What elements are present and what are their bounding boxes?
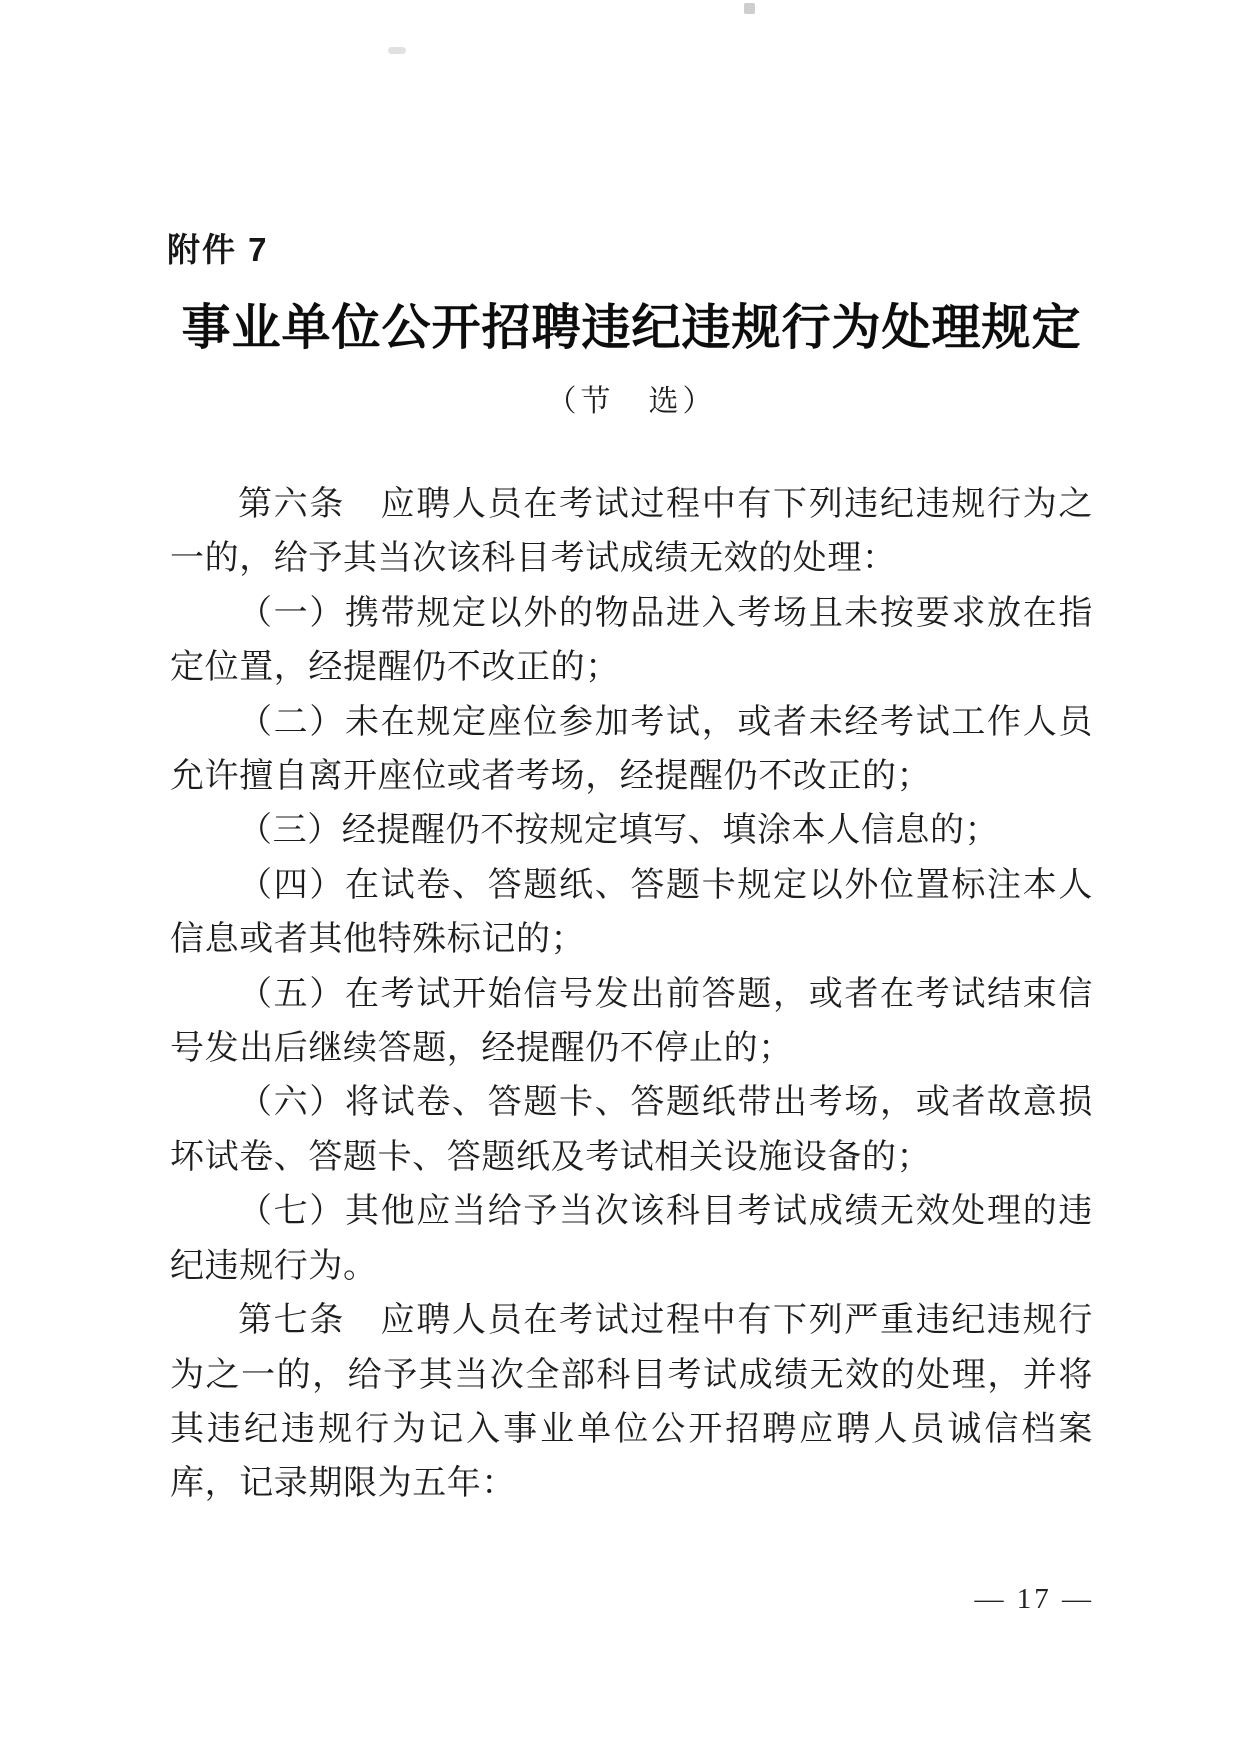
document-page: 附件 7 事业单位公开招聘违纪违规行为处理规定 （节 选） 第六条 应聘人员在考… — [0, 0, 1240, 1754]
paragraph-article-6: 第六条 应聘人员在考试过程中有下列违纪违规行为之一的，给予其当次该科目考试成绩无… — [170, 478, 1093, 587]
paragraph-item-1: （一）携带规定以外的物品进入考场且未按要求放在指定位置，经提醒仍不改正的； — [170, 587, 1093, 696]
scan-artifact — [388, 47, 406, 54]
paragraph-item-5: （五）在考试开始信号发出前答题，或者在考试结束信号发出后继续答题，经提醒仍不停止… — [170, 968, 1093, 1077]
document-title: 事业单位公开招聘违纪违规行为处理规定 — [170, 300, 1093, 356]
paragraph-item-7: （七）其他应当给予当次该科目考试成绩无效处理的违纪违规行为。 — [170, 1185, 1093, 1294]
paragraph-item-6: （六）将试卷、答题卡、答题纸带出考场，或者故意损坏试卷、答题卡、答题纸及考试相关… — [170, 1076, 1093, 1185]
paragraph-item-2: （二）未在规定座位参加考试，或者未经考试工作人员允许擅自离开座位或者考场，经提醒… — [170, 696, 1093, 805]
paragraph-article-7: 第七条 应聘人员在考试过程中有下列严重违纪违规行为之一的，给予其当次全部科目考试… — [170, 1294, 1093, 1512]
document-body: 第六条 应聘人员在考试过程中有下列违纪违规行为之一的，给予其当次该科目考试成绩无… — [170, 478, 1093, 1512]
attachment-label: 附件 7 — [167, 224, 269, 271]
document-subtitle: （节 选） — [170, 376, 1093, 420]
scan-artifact — [744, 3, 755, 14]
paragraph-item-3: （三）经提醒仍不按规定填写、填涂本人信息的； — [170, 804, 1093, 858]
page-number: — 17 — — [975, 1583, 1095, 1616]
paragraph-item-4: （四）在试卷、答题纸、答题卡规定以外位置标注本人信息或者其他特殊标记的； — [170, 859, 1093, 968]
